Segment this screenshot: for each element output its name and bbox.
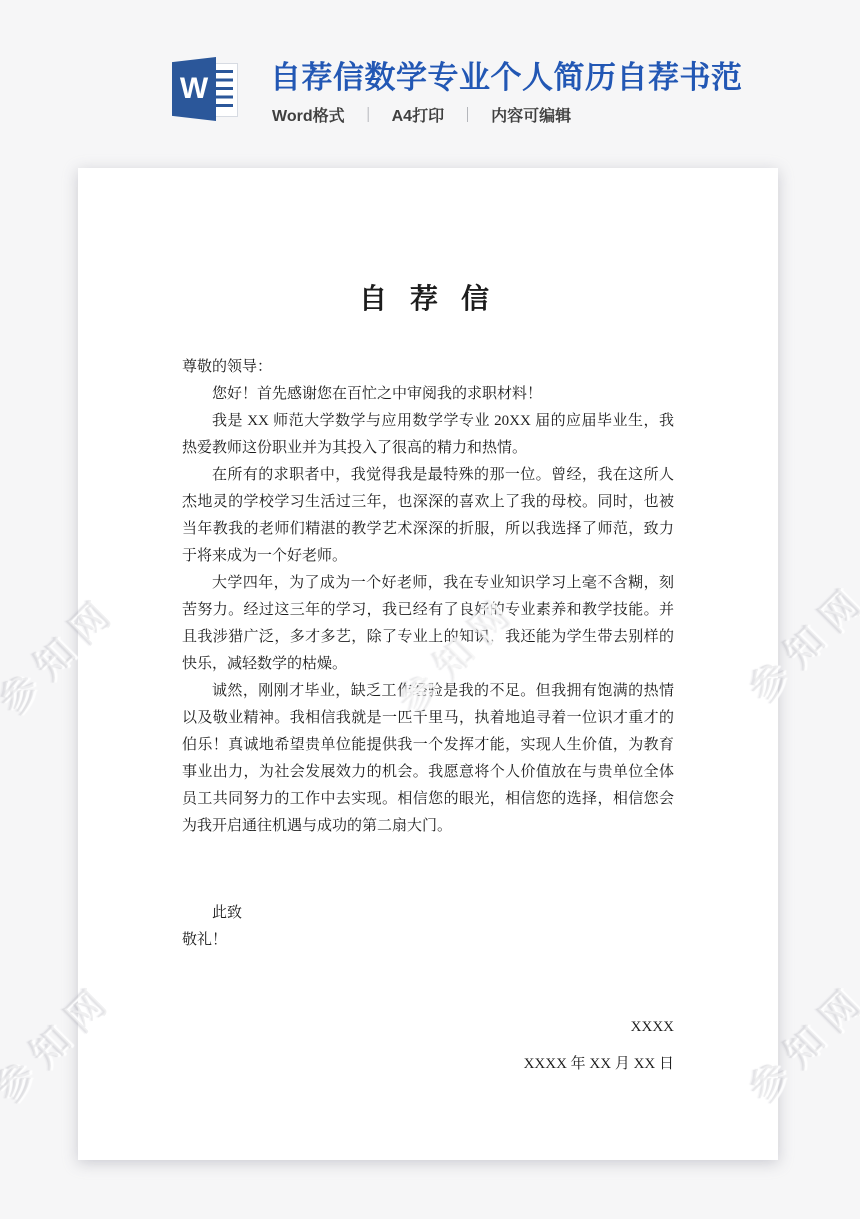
meta-print: A4打印 [392, 103, 444, 126]
document-title: 自 荐 信 [182, 280, 674, 320]
word-w-panel: W [172, 57, 216, 121]
paragraph: 我是 XX 师范大学数学与应用数学学专业 20XX 届的应届毕业生，我热爱教师这… [182, 408, 674, 462]
template-header: W 自荐信数学专业个人简历自荐书范 Word格式 ｜ A4打印 ｜ 内容可编辑 [0, 0, 860, 150]
paragraph: 您好！首先感谢您在百忙之中审阅我的求职材料！ [182, 381, 674, 408]
signature-name: XXXX [182, 1014, 674, 1041]
closing-salute: 敬礼！ [182, 927, 674, 954]
page-title: 自荐信数学专业个人简历自荐书范 [270, 52, 743, 97]
file-meta: Word格式 ｜ A4打印 ｜ 内容可编辑 [272, 103, 571, 126]
salutation: 尊敬的领导： [182, 354, 674, 381]
document-content: 自 荐 信 尊敬的领导： 您好！首先感谢您在百忙之中审阅我的求职材料！ 我是 X… [78, 168, 778, 1160]
paragraph: 诚然，刚刚才毕业，缺乏工作经验是我的不足。但我拥有饱满的热情以及敬业精神。我相信… [182, 678, 674, 840]
signature-date: XXXX 年 XX 月 XX 日 [182, 1051, 674, 1078]
document-page: 自 荐 信 尊敬的领导： 您好！首先感谢您在百忙之中审阅我的求职材料！ 我是 X… [78, 168, 778, 1160]
paragraph: 大学四年，为了成为一个好老师，我在专业知识学习上毫不含糊，刻苦努力。经过这三年的… [182, 570, 674, 678]
meta-editable: 内容可编辑 [491, 103, 571, 126]
meta-separator: ｜ [361, 104, 376, 125]
word-w-letter: W [180, 74, 208, 104]
paragraph: 在所有的求职者中，我觉得我是最特殊的那一位。曾经，我在这所人杰地灵的学校学习生活… [182, 462, 674, 570]
closing-respect: 此致 [182, 900, 674, 927]
meta-format: Word格式 [272, 103, 345, 126]
meta-separator: ｜ [460, 104, 475, 125]
word-logo-icon: W [170, 56, 240, 124]
